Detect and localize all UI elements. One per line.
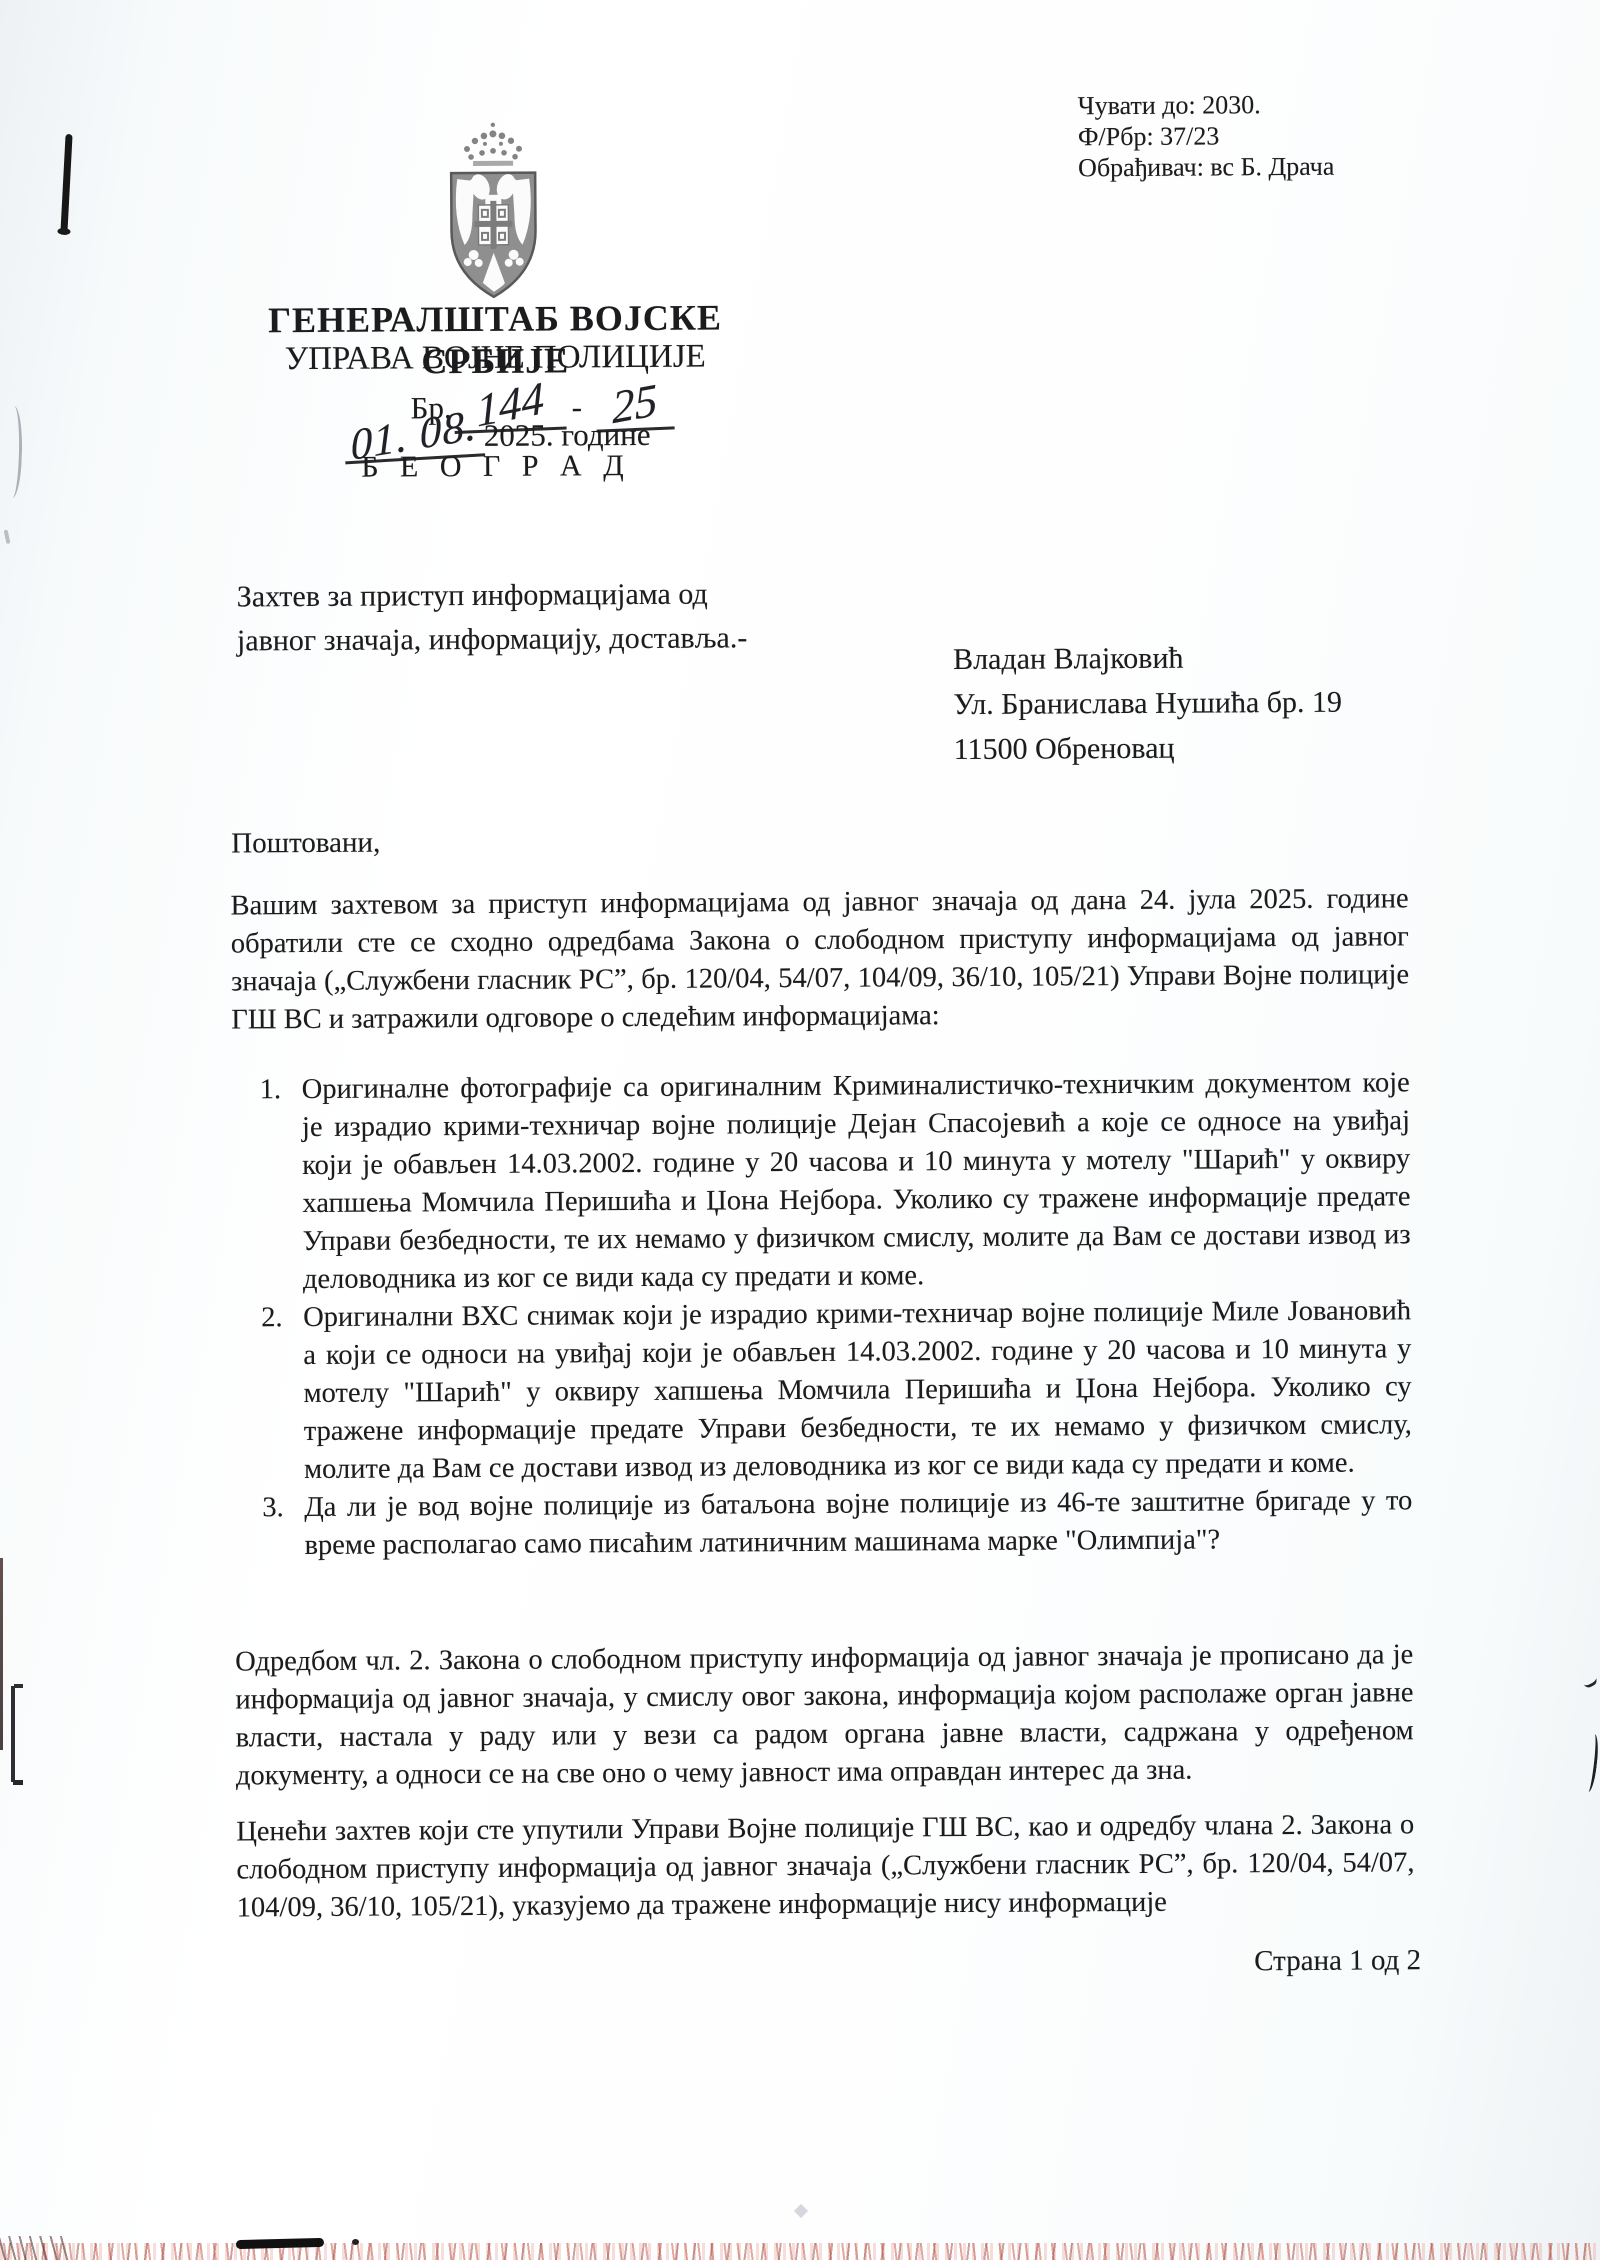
addressee-block: Владан Влајковић Ул. Бранислава Нушића б…: [953, 635, 1342, 772]
list-item-text: Да ли је вод војне полиције из батаљона …: [304, 1482, 1412, 1565]
list-item-number: 1.: [260, 1071, 282, 1109]
paragraph-intro: Вашим захтевом за приступ информацијама …: [231, 880, 1410, 1039]
document-content: Чувати до: 2030. Ф/Рбр: 37/23 Обрађивач:…: [0, 0, 1600, 2260]
keep-until-note: Чувати до: 2030.: [1078, 89, 1334, 122]
addressee-name: Владан Влајковић: [953, 635, 1342, 682]
subject-line2: јавног значаја, информацију, доставља.-: [237, 616, 748, 663]
list-item-text: Оригинални ВХС снимак који је израдио кр…: [303, 1292, 1412, 1489]
org-name-line2: УПРАВА ВОЈНЕ ПОЛИЦИЈЕ: [225, 338, 765, 378]
list-item-text: Оригиналне фотографије са оригиналним Кр…: [302, 1064, 1411, 1299]
request-list: 1. Оригиналне фотографије са оригиналним…: [232, 1064, 1413, 1565]
list-item-number: 3.: [262, 1489, 284, 1527]
scan-edge-shadow: [0, 1558, 3, 1750]
list-item: 1. Оригиналне фотографије са оригиналним…: [232, 1064, 1411, 1299]
registry-block: Чувати до: 2030. Ф/Рбр: 37/23 Обрађивач:…: [1078, 89, 1335, 184]
paragraph-assessment: Ценећи захтев који сте упутили Управи Во…: [236, 1806, 1415, 1927]
file-number: Ф/Рбр: 37/23: [1078, 120, 1334, 153]
addressee-city: 11500 Обреновац: [954, 725, 1343, 772]
list-item: 3. Да ли је вод војне полиције из батаљо…: [234, 1482, 1412, 1565]
coat-of-arms-icon: [441, 114, 546, 307]
list-item-number: 2.: [261, 1299, 283, 1337]
addressee-street: Ул. Бранислава Нушића бр. 19: [953, 680, 1342, 727]
salutation: Поштовани,: [231, 827, 380, 861]
subject-block: Захтев за приступ информацијама од јавно…: [237, 572, 748, 663]
city-line: Б Е О Г Р А Д: [226, 448, 766, 485]
ink-smudge-dot: [352, 2239, 359, 2245]
margin-bracket-mark: [11, 1686, 23, 1782]
page-indicator: Страна 1 од 2: [1254, 1944, 1421, 1978]
subject-line1: Захтев за приступ информацијама од: [237, 572, 748, 619]
date-typed: 2025. године: [484, 417, 651, 453]
scanned-letter-page: { "registry": { "keep_until": "Чувати до…: [0, 0, 1600, 2260]
processor-note: Обрађивач: вс Б. Драча: [1078, 151, 1334, 184]
paragraph-law-definition: Одредбом чл. 2. Закона о слободном прист…: [235, 1636, 1414, 1795]
list-item: 2. Оригинални ВХС снимак који је израдио…: [233, 1292, 1412, 1489]
